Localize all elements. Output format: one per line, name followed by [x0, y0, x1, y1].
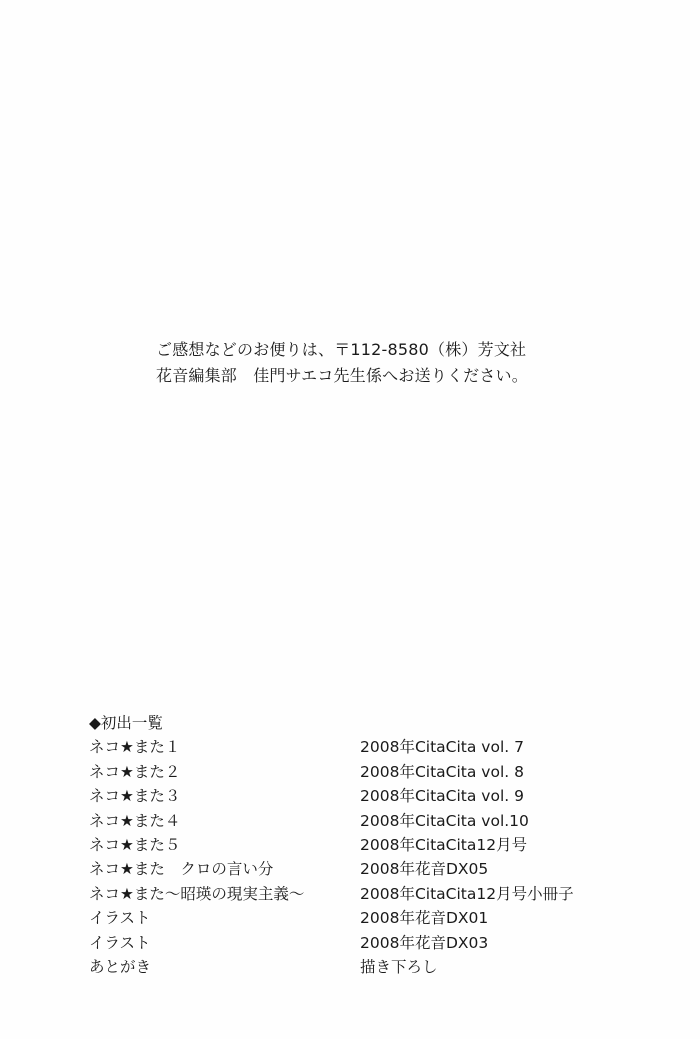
list-item: ネコ★また３ 2008年CitaCita vol. 9	[89, 784, 574, 808]
list-item: ネコ★また５ 2008年CitaCita12月号	[89, 833, 574, 857]
fan-mail-notice: ご感想などのお便りは、〒112-8580（株）芳文社 花音編集部 佳門サエコ先生…	[156, 337, 528, 389]
list-heading: ◆初出一覧	[89, 711, 574, 735]
story-title: ネコ★また２	[89, 760, 360, 784]
publication-source: 2008年花音DX05	[360, 857, 488, 881]
story-title: ネコ★また３	[89, 784, 360, 808]
story-title: イラスト	[89, 906, 360, 930]
book-page: ご感想などのお便りは、〒112-8580（株）芳文社 花音編集部 佳門サエコ先生…	[0, 0, 700, 1039]
list-item: ネコ★また４ 2008年CitaCita vol.10	[89, 809, 574, 833]
story-title: あとがき	[89, 955, 360, 979]
list-item: イラスト 2008年花音DX03	[89, 931, 574, 955]
story-title: ネコ★また クロの言い分	[89, 857, 360, 881]
publication-source: 2008年CitaCita vol. 9	[360, 784, 524, 808]
publication-source: 2008年CitaCita12月号小冊子	[360, 882, 574, 906]
notice-line: ご感想などのお便りは、〒112-8580（株）芳文社	[156, 337, 528, 363]
story-title: ネコ★また～昭瑛の現実主義～	[89, 882, 360, 906]
publication-source: 描き下ろし	[360, 955, 438, 979]
list-item: あとがき 描き下ろし	[89, 955, 574, 979]
story-title: ネコ★また１	[89, 735, 360, 759]
list-item: イラスト 2008年花音DX01	[89, 906, 574, 930]
publication-source: 2008年花音DX03	[360, 931, 488, 955]
list-item: ネコ★また～昭瑛の現実主義～ 2008年CitaCita12月号小冊子	[89, 882, 574, 906]
story-title: ネコ★また４	[89, 809, 360, 833]
list-item: ネコ★また２ 2008年CitaCita vol. 8	[89, 760, 574, 784]
publication-source: 2008年CitaCita vol.10	[360, 809, 529, 833]
publication-source: 2008年CitaCita vol. 8	[360, 760, 524, 784]
publication-source: 2008年CitaCita12月号	[360, 833, 527, 857]
notice-line: 花音編集部 佳門サエコ先生係へお送りください。	[156, 363, 528, 389]
publication-source: 2008年花音DX01	[360, 906, 488, 930]
list-item: ネコ★また クロの言い分 2008年花音DX05	[89, 857, 574, 881]
first-appearance-list: ◆初出一覧 ネコ★また１ 2008年CitaCita vol. 7 ネコ★また２…	[89, 711, 574, 979]
list-item: ネコ★また１ 2008年CitaCita vol. 7	[89, 735, 574, 759]
story-title: ネコ★また５	[89, 833, 360, 857]
publication-source: 2008年CitaCita vol. 7	[360, 735, 524, 759]
story-title: イラスト	[89, 931, 360, 955]
